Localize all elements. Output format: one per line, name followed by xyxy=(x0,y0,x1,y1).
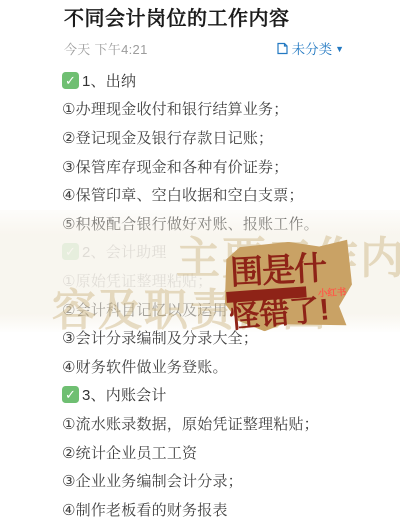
list-item[interactable]: ②会计科目记忆以及运用 xyxy=(62,295,386,324)
section-label: 1、出纳 xyxy=(82,70,136,91)
list-item[interactable]: ②登记现金及银行存款日记账； xyxy=(62,123,386,152)
note-header: 不同会计岗位的工作内容 今天 下午4:21 未分类 ▼ xyxy=(64,4,344,58)
list-item[interactable]: ①办理现金收付和银行结算业务； xyxy=(62,95,386,124)
category-selector[interactable]: 未分类 ▼ xyxy=(276,38,344,58)
section-header-cashier[interactable]: ✓ 1、出纳 xyxy=(62,66,386,95)
list-item[interactable]: ③保管库存现金和各种有价证券； xyxy=(62,152,386,181)
note-meta-row: 今天 下午4:21 未分类 ▼ xyxy=(64,38,344,58)
section-label: 2、会计助理 xyxy=(82,241,167,262)
section-label: 3、内账会计 xyxy=(82,384,167,405)
checkbox-checked-icon[interactable]: ✓ xyxy=(62,72,79,89)
list-item[interactable]: ④财务软件做业务登账。 xyxy=(62,352,386,381)
list-item[interactable]: ③会计分录编制及分录大全； xyxy=(62,323,386,352)
checkbox-checked-icon[interactable]: ✓ xyxy=(62,243,79,260)
note-timestamp: 今天 下午4:21 xyxy=(64,39,148,58)
section-header-assistant[interactable]: ✓ 2、会计助理 xyxy=(62,238,386,267)
list-item[interactable]: ②统计企业员工工资 xyxy=(62,438,386,467)
section-header-internal-accounting[interactable]: ✓ 3、内账会计 xyxy=(62,381,386,410)
list-item[interactable]: ④保管印章、空白收据和空白支票； xyxy=(62,180,386,209)
list-item[interactable]: ④制作老板看的财务报表 xyxy=(62,495,386,524)
list-item[interactable]: ①流水账录数据，原始凭证整理粘贴； xyxy=(62,409,386,438)
list-item[interactable]: ③企业业务编制会计分录； xyxy=(62,466,386,495)
list-item[interactable]: ⑤积极配合银行做好对账、报账工作。 xyxy=(62,209,386,238)
category-tag-icon xyxy=(276,42,289,55)
list-item[interactable]: ①原始凭证整理粘贴； xyxy=(62,266,386,295)
category-label: 未分类 xyxy=(292,38,333,58)
chevron-down-icon: ▼ xyxy=(335,44,344,54)
checkbox-checked-icon[interactable]: ✓ xyxy=(62,386,79,403)
note-body: ✓ 1、出纳 ①办理现金收付和银行结算业务； ②登记现金及银行存款日记账； ③保… xyxy=(62,66,386,524)
note-title[interactable]: 不同会计岗位的工作内容 xyxy=(64,4,344,34)
